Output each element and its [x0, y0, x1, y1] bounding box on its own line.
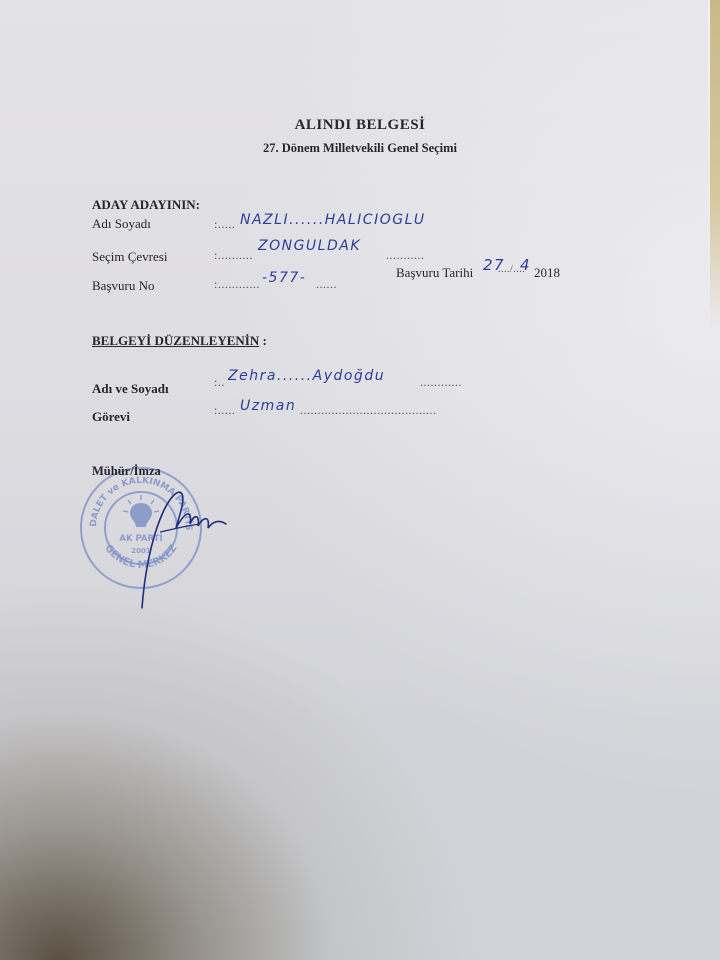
- issuer-role-suffix: .......................................: [300, 403, 437, 418]
- document-subtitle: 27. Dönem Milletvekili Genel Seçimi: [0, 141, 720, 156]
- application-no-suffix: ......: [316, 277, 337, 292]
- issuer-section-heading: BELGEYİ DÜZENLEYENİN :: [92, 333, 267, 349]
- candidate-section-heading: ADAY ADAYININ:: [92, 197, 200, 213]
- issuer-name-label: Adı ve Soyadı: [92, 381, 169, 397]
- signature-mark: [130, 480, 240, 610]
- application-date-year: 2018: [534, 265, 560, 281]
- application-no-prefix: :............: [214, 277, 260, 292]
- application-date-label: Başvuru Tarihi: [396, 265, 473, 281]
- issuer-heading-text: BELGEYİ DÜZENLEYENİN: [92, 333, 259, 348]
- paper-edge: [708, 0, 710, 330]
- table-edge: [710, 0, 720, 330]
- candidate-name-prefix: :.....: [214, 217, 235, 232]
- issuer-role-label: Görevi: [92, 409, 130, 425]
- issuer-heading-colon: :: [259, 333, 267, 348]
- application-no-label: Başvuru No: [92, 278, 154, 294]
- constituency-prefix: :..........: [214, 248, 253, 263]
- document-title: ALINDI BELGESİ: [0, 117, 720, 134]
- constituency-label: Seçim Çevresi: [92, 249, 167, 265]
- issuer-role-value: Uzman: [240, 398, 296, 414]
- issuer-role-prefix: :.....: [214, 403, 235, 418]
- issuer-name-suffix: ............: [420, 375, 462, 390]
- issuer-name-prefix: :..: [214, 375, 225, 390]
- seal-signature-label: Mühür/İmza: [92, 464, 161, 479]
- issuer-name-value: Zehra......Aydoğdu: [228, 368, 385, 384]
- application-date-month: 4: [520, 256, 531, 274]
- application-no-value: -577-: [262, 270, 306, 286]
- constituency-suffix: ...........: [386, 248, 425, 263]
- candidate-name-value: NAZLI......HALICIOGLU: [240, 212, 426, 228]
- candidate-name-label: Adı Soyadı: [92, 216, 151, 232]
- constituency-value: ZONGULDAK: [258, 238, 361, 254]
